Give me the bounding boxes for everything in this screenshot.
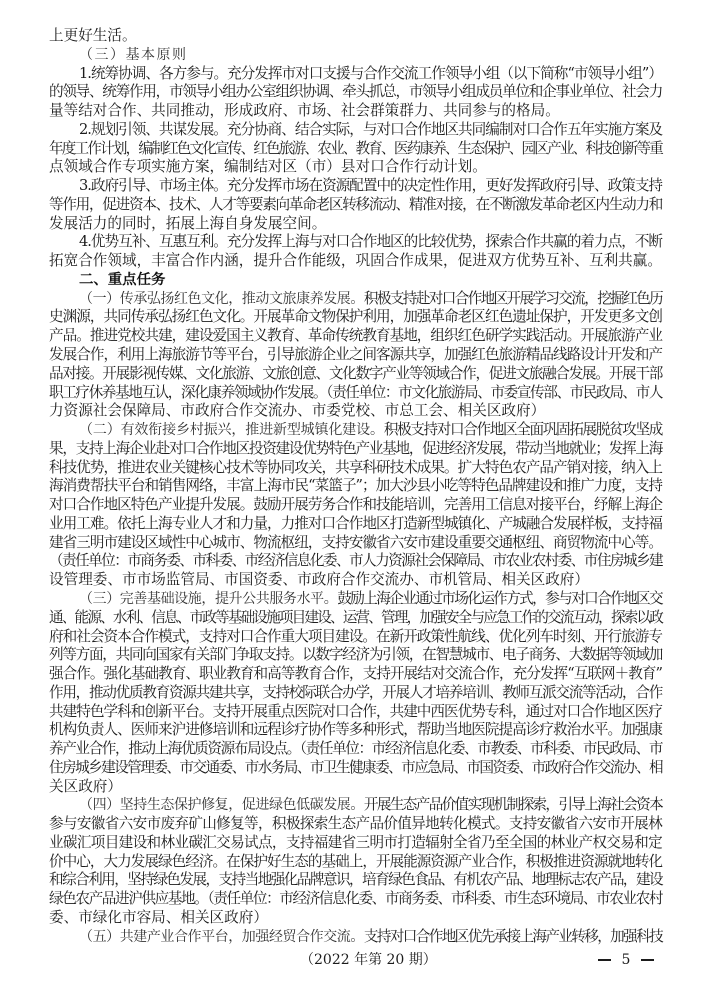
line-text: 业用工难。依托上海专业人才和力量，力推对口合作地区打造新型城镇化、产城融合发展样… [49,515,662,532]
line-text: 点领域合作专项实施方案，编制结对区（市）县对口合作行动计划。 [49,158,487,175]
paragraph-first-line: （五）共建产业合作平台，加强经贸合作交流。支持对口合作地区优先承接上海产业转移，… [49,928,662,947]
line-text: 参与安徽省六安市废弃矿山修复等，积极探索生态产品价值异地转化模式。支持安徽省六安… [49,815,662,832]
line-text: 住房城乡建设管理委、市交通委、市水务局、市卫生健康委、市应急局、市国资委、市政府… [49,759,662,776]
document-body: 上更好生活。（三）基本原则1.统筹协调、各方参与。充分发挥市对口支援与合作交流工… [49,27,662,947]
text-line: 业用工难。依托上海专业人才和力量，力推对口合作地区打造新型城镇化、产城融合发展样… [49,515,662,534]
text-line: 产品。推进党校共建，建设爱国主义教育、革命传统教育基地，组织红色研学实践活动。开… [49,327,662,346]
line-text: 养产业合作，推动上海优质资源布局设点。（责任单位：市经济信息化委、市教委、市科委… [49,740,662,757]
paragraph-first-line: 2.规划引领、共谋发展。充分协商、结合实际，与对口合作地区共同编制对口合作五年实… [49,121,662,140]
line-text: 等作用，促进资本、技术、人才等要素向革命老区转移流动、精准对接，在不断激发革命老… [49,196,662,213]
text-line: 果，支持上海企业赴对口合作地区投资建设优势特色产业基地，促进经济发展，带动当地就… [49,440,662,459]
line-text: 作用，推动优质教育资源共建共享，支持校际联合办学，开展人才培养培训、教师互派交流… [49,684,662,701]
text-line: 职工疗休养基地互认，深化康养领域协作发展。（责任单位：市文化旅游局、市委宣传部、… [49,384,662,403]
text-line: 史渊源，共同传承弘扬红色文化。开展革命文物保护利用，加强革命老区红色遗址保护，开… [49,308,662,327]
line-text: 列等方面，共同向国家有关部门争取支持。以数字经济为引领，在智慧城市、电子商务、大… [49,646,662,663]
line-text: 3.政府引导、市场主体。充分发挥市场在资源配置中的决定性作用，更好发挥政府引导、… [79,177,662,194]
text-line: 关区政府） [49,778,662,797]
line-text: 府和社会资本合作模式，支持对口合作重大项目建设。在新开政策性航线、优化列车时刻、… [49,628,662,645]
text-line: 量等结对合作、共同推动，形成政府、市场、社会群策群力、共同参与的格局。 [49,102,662,121]
paragraph-first-line: 1.统筹协调、各方参与。充分发挥市对口支援与合作交流工作领导小组（以下简称“市领… [49,65,662,84]
text-line: 上更好生活。 [49,27,662,46]
line-text: 品对接。开展影视传媒、文化旅游、文旅创意、文化数字产业等领域合作，促进文旅融合发… [49,365,662,382]
line-text: 科技优势，推进农业关键核心技术等协同攻关，共享科研技术成果。扩大特色农产品产销对… [49,459,662,476]
paragraph-first-line: （一）传承弘扬红色文化，推动文旅康养发展。积极支持赴对口合作地区开展学习交流，挖… [49,290,662,309]
text-line: 年度工作计划，编制红色文化宣传、红色旅游、农业、教育、医药康养、生态保护、园区产… [49,140,662,159]
text-line: 业碳汇项目建设和林业碳汇交易试点，支持福建省三明市打造辐射全省乃至全国的林业产权… [49,834,662,853]
text-line: 委、市绿化市容局、相关区政府） [49,909,662,928]
subsection-title: （三）完善基础设施，提升公共服务水平。 [79,591,337,607]
line-text: 机构负责人、医师来沪进修培训和远程诊疗协作等多种形式，帮助当地医院提高诊疗救治水… [49,721,662,738]
text-line: 价中心，大力发展绿色经济。在保护好生态的基础上，开展能源资源产业合作，积极推进资… [49,853,662,872]
text-line: 发展活力的同时，拓展上海自身发展空间。 [49,215,662,234]
text-line: 住房城乡建设管理委、市交通委、市水务局、市卫生健康委、市应急局、市国资委、市政府… [49,759,662,778]
line-text: 积极支持赴对口合作地区开展学习交流，挖掘红色历 [364,290,662,307]
line-text: 拓宽合作领域，丰富合作内涵，提升合作能级，巩固合作成果，促进双方优势互补、互利共… [49,252,662,269]
line-text: 业碳汇项目建设和林业碳汇交易试点，支持福建省三明市打造辐射全省乃至全国的林业产权… [49,834,662,851]
text-line: 共建特色学科和创新平台。支持开展重点医院对口合作，共建中西医优势专科，通过对口合… [49,703,662,722]
text-line: 参与安徽省六安市废弃矿山修复等，积极探索生态产品价值异地转化模式。支持安徽省六安… [49,815,662,834]
line-text: 绿色农产品进沪供应基地。（责任单位：市经济信息化委、市商务委、市科委、市生态环境… [49,890,662,907]
line-text: 强合作。强化基础教育、职业教育和高等教育合作，支持开展结对交流合作，充分发挥“互… [49,665,662,682]
dash-right-icon [641,959,654,962]
text-line: 机构负责人、医师来沪进修培训和远程诊疗协作等多种形式，帮助当地医院提高诊疗救治水… [49,721,662,740]
text-line: 品对接。开展影视传媒、文化旅游、文旅创意、文化数字产业等领域合作，促进文旅融合发… [49,365,662,384]
text-line: 拓宽合作领域，丰富合作内涵，提升合作能级，巩固合作成果，促进双方优势互补、互利共… [49,252,662,271]
text-line: 发展合作，利用上海旅游节等平台，引导旅游企业之间客源共享，加强红色旅游精品线路设… [49,346,662,365]
page-number-block: 5 [598,950,654,970]
text-line: 科技优势，推进农业关键核心技术等协同攻关，共享科研技术成果。扩大特色农产品产销对… [49,459,662,478]
text-line: 和综合利用，坚持绿色发展，支持当地强化品牌意识，培育绿色食品、有机农产品、地理标… [49,871,662,890]
paragraph-first-line: 4.优势互补、互惠互利。充分发挥上海与对口合作地区的比较优势，探索合作共赢的着力… [49,233,662,252]
text-line: 养产业合作，推动上海优质资源布局设点。（责任单位：市经济信息化委、市教委、市科委… [49,740,662,759]
dash-left-icon [598,959,611,962]
text-line: 强合作。强化基础教育、职业教育和高等教育合作，支持开展结对交流合作，充分发挥“互… [49,665,662,684]
line-text: 建省三明市建设区域性中心城市、物流枢纽，支持安徽省六安市建设重要交通枢纽、商贸物… [49,534,662,551]
line-text: 二、重点任务 [79,272,165,288]
line-text: 委、市绿化市容局、相关区政府） [49,909,268,926]
page-footer: （2022 年第 20 期） 5 [0,950,710,970]
line-text: 力资源社会保障局、市政府合作交流办、市委党校、市总工会、相关区政府） [49,402,545,419]
line-text: 支持对口合作地区优先承接上海产业转移，加强科技 [364,928,662,945]
text-line: 作用，推动优质教育资源共建共享，支持校际联合办学，开展人才培养培训、教师互派交流… [49,684,662,703]
line-text: 史渊源，共同传承弘扬红色文化。开展革命文物保护利用，加强革命老区红色遗址保护，开… [49,308,662,325]
paragraph-first-line: （二）有效衔接乡村振兴，推进新型城镇化建设。积极支持对口合作地区全面巩固拓展脱贫… [49,421,662,440]
line-text: 发展活力的同时，拓展上海自身发展空间。 [49,215,326,232]
line-text: 果，支持上海企业赴对口合作地区投资建设优势特色产业基地，促进经济发展，带动当地就… [49,440,662,457]
section-heading: （三）基本原则 [49,46,662,65]
line-text: 设管理委、市市场监管局、市国资委、市政府合作交流办、市机管局、相关区政府） [49,571,589,588]
paragraph-first-line: （四）坚持生态保护修复，促进绿色低碳发展。开展生态产品价值实现机制探索，引导上海… [49,796,662,815]
chapter-heading: 二、重点任务 [49,271,662,290]
text-line: 通、能源、水利、信息、市政等基础设施项目建设、运营、管理，加强安全与应急工作的交… [49,609,662,628]
line-text: 产品。推进党校共建，建设爱国主义教育、革命传统教育基地，组织红色研学实践活动。开… [49,327,662,344]
line-text: 共建特色学科和创新平台。支持开展重点医院对口合作，共建中西医优势专科，通过对口合… [49,703,662,720]
subsection-title: （一）传承弘扬红色文化，推动文旅康养发展。 [79,291,364,307]
text-line: 对口合作地区特色产业提升发展。鼓励开展劳务合作和技能培训，完善用工信息对接平台，… [49,496,662,515]
text-line: 等作用，促进资本、技术、人才等要素向革命老区转移流动、精准对接，在不断激发革命老… [49,196,662,215]
line-text: 积极支持对口合作地区全面巩固拓展脱贫攻坚成 [384,421,662,438]
line-text: 上更好生活。 [49,27,137,44]
line-text: 通、能源、水利、信息、市政等基础设施项目建设、运营、管理，加强安全与应急工作的交… [49,609,662,626]
line-text: 4.优势互补、互惠互利。充分发挥上海与对口合作地区的比较优势，探索合作共赢的着力… [79,233,662,250]
line-text: 职工疗休养基地互认，深化康养领域协作发展。（责任单位：市文化旅游局、市委宣传部、… [49,384,662,401]
line-text: 关区政府） [49,778,122,795]
text-line: 列等方面，共同向国家有关部门争取支持。以数字经济为引领，在智慧城市、电子商务、大… [49,646,662,665]
line-text: 开展生态产品价值实现机制探索，引导上海社会资本 [364,796,662,813]
text-line: 力资源社会保障局、市政府合作交流办、市委党校、市总工会、相关区政府） [49,402,662,421]
line-text: 年度工作计划，编制红色文化宣传、红色旅游、农业、教育、医药康养、生态保护、园区产… [49,140,662,157]
page-number: 5 [622,950,631,970]
issue-label: （2022 年第 20 期） [300,950,437,970]
paragraph-first-line: （三）完善基础设施，提升公共服务水平。鼓励上海企业通过市场化运作方式，参与对口合… [49,590,662,609]
text-line: 设管理委、市市场监管局、市国资委、市政府合作交流办、市机管局、相关区政府） [49,571,662,590]
line-text: 1.统筹协调、各方参与。充分发挥市对口支援与合作交流工作领导小组（以下简称“市领… [79,65,662,82]
text-line: 绿色农产品进沪供应基地。（责任单位：市经济信息化委、市商务委、市科委、市生态环境… [49,890,662,909]
text-line: 的领导、统筹作用，市领导小组办公室组织协调、牵头抓总，市领导小组成员单位和企事业… [49,83,662,102]
line-text: （责任单位：市商务委、市科委、市经济信息化委、市人力资源社会保障局、市农业农村委… [49,552,662,569]
line-text: 海消费帮扶平台和销售网络，丰富上海市民“菜篮子”；加大沙县小吃等特色品牌建设和推… [49,477,662,494]
line-text: 对口合作地区特色产业提升发展。鼓励开展劳务合作和技能培训，完善用工信息对接平台，… [49,496,662,513]
line-text: 和综合利用，坚持绿色发展，支持当地强化品牌意识，培育绿色食品、有机农产品、地理标… [49,871,662,888]
text-line: 点领域合作专项实施方案，编制结对区（市）县对口合作行动计划。 [49,158,662,177]
text-line: 府和社会资本合作模式，支持对口合作重大项目建设。在新开政策性航线、优化列车时刻、… [49,628,662,647]
paragraph-first-line: 3.政府引导、市场主体。充分发挥市场在资源配置中的决定性作用，更好发挥政府引导、… [49,177,662,196]
text-line: 建省三明市建设区域性中心城市、物流枢纽，支持安徽省六安市建设重要交通枢纽、商贸物… [49,534,662,553]
line-text: 发展合作，利用上海旅游节等平台，引导旅游企业之间客源共享，加强红色旅游精品线路设… [49,346,662,363]
line-text: （三）基本原则 [79,47,188,63]
line-text: 2.规划引领、共谋发展。充分协商、结合实际，与对口合作地区共同编制对口合作五年实… [79,121,662,138]
line-text: 的领导、统筹作用，市领导小组办公室组织协调、牵头抓总，市领导小组成员单位和企事业… [49,83,662,100]
line-text: 价中心，大力发展绿色经济。在保护好生态的基础上，开展能源资源产业合作，积极推进资… [49,853,662,870]
subsection-title: （五）共建产业合作平台，加强经贸合作交流。 [79,929,364,945]
subsection-title: （四）坚持生态保护修复，促进绿色低碳发展。 [79,797,364,813]
text-line: 海消费帮扶平台和销售网络，丰富上海市民“菜篮子”；加大沙县小吃等特色品牌建设和推… [49,477,662,496]
line-text: 量等结对合作、共同推动，形成政府、市场、社会群策群力、共同参与的格局。 [49,102,560,119]
line-text: 鼓励上海企业通过市场化运作方式，参与对口合作地区交 [337,590,662,607]
subsection-title: （二）有效衔接乡村振兴，推进新型城镇化建设。 [79,422,384,438]
text-line: （责任单位：市商务委、市科委、市经济信息化委、市人力资源社会保障局、市农业农村委… [49,552,662,571]
